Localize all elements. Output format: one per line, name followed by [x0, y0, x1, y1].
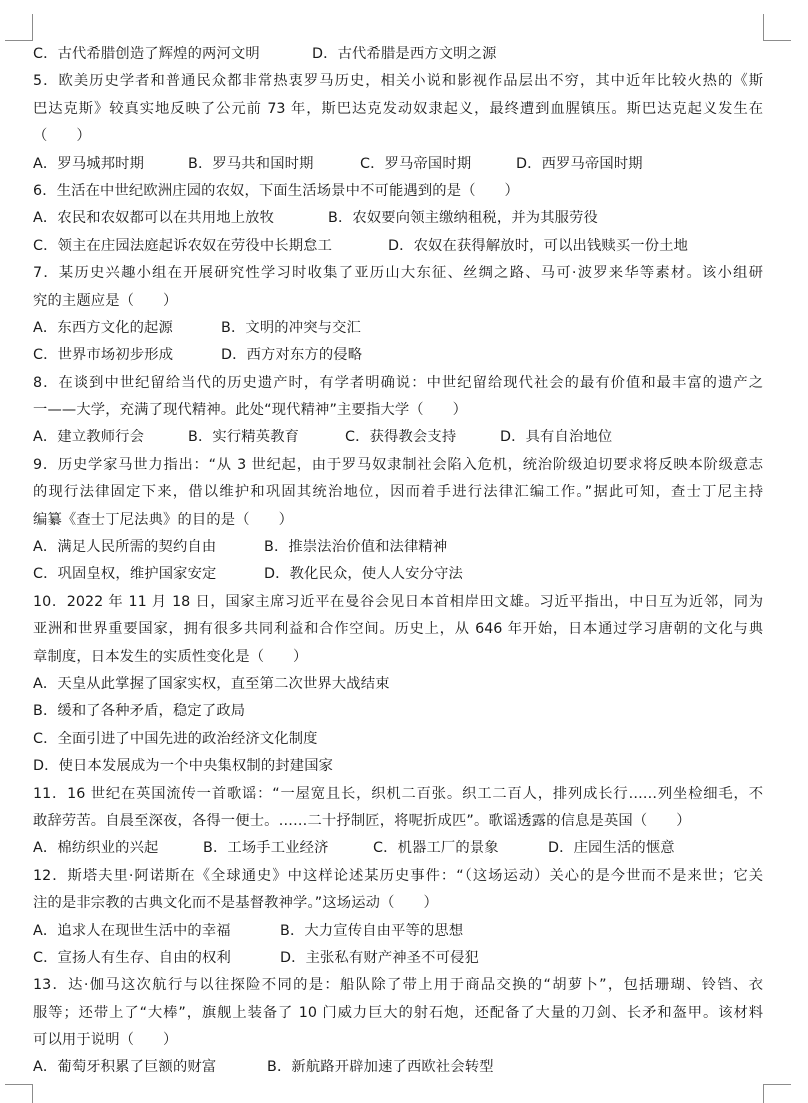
options-row: A．建立教师行会B．实行精英教育C．获得教会支持D．具有自治地位	[33, 424, 763, 451]
question-stem-line: 7．某历史兴趣小组在开展研究性学习时收集了亚历山大东征、丝绸之路、马可·波罗来华…	[33, 260, 763, 287]
previous-question-options-row: C．古代希腊创造了辉煌的两河文明 D．古代希腊是西方文明之源	[33, 41, 763, 68]
question-stem-line: 12．斯塔夫里·阿诺斯在《全球通史》中这样论述某历史事件：“（这场运动）关心的是…	[33, 863, 763, 890]
question-stem-line: 的现行法律固定下来，借以维护和巩固其统治地位，因而着手进行法律汇编工作。”据此可…	[33, 479, 763, 506]
option-a: A．东西方文化的起源	[33, 315, 173, 342]
question-stem-line: 巴达克斯》较真实地反映了公元前 73 年，斯巴达克发动奴隶起义，最终遭到血腥镇压…	[33, 96, 763, 123]
option-b: B．新航路开辟加速了西欧社会转型	[267, 1054, 494, 1081]
option-c: C．罗马帝国时期	[360, 151, 471, 178]
options-row: B．缓和了各种矛盾，稳定了政局	[33, 698, 763, 725]
question-stem-line: 可以用于说明（ ）	[33, 1027, 763, 1054]
option-a: A．棉纺织业的兴起	[33, 835, 159, 862]
question-stem-line: 8．在谈到中世纪留给当代的历史遗产时，有学者明确说：中世纪留给现代社会的最有价值…	[33, 370, 763, 397]
crop-mark-top-left	[5, 14, 33, 41]
question-stem-line: 5．欧美历史学者和普通民众都非常热衷罗马历史，相关小说和影视作品层出不穷，其中近…	[33, 68, 763, 95]
options-row: A．满足人民所需的契约自由B．推崇法治价值和法律精神	[33, 534, 763, 561]
option-a: A．葡萄牙积累了巨额的财富	[33, 1054, 216, 1081]
option-d: D．主张私有财产神圣不可侵犯	[280, 945, 479, 972]
options-row: D．使日本发展成为一个中央集权制的封建国家	[33, 753, 763, 780]
option-a: A．罗马城邦时期	[33, 151, 144, 178]
options-row: A．罗马城邦时期B．罗马共和国时期C．罗马帝国时期D．西罗马帝国时期	[33, 151, 763, 178]
question-list: 5．欧美历史学者和普通民众都非常热衷罗马历史，相关小说和影视作品层出不穷，其中近…	[33, 68, 763, 1081]
option-d: D．古代希腊是西方文明之源	[312, 41, 497, 68]
question-9: 9．历史学家马世力指出：“从 3 世纪起，由于罗马奴隶制社会陷入危机，统治阶级迫…	[33, 452, 763, 589]
options-row: A．东西方文化的起源B．文明的冲突与交汇	[33, 315, 763, 342]
option-d: D．西罗马帝国时期	[516, 151, 643, 178]
option-a: A．满足人民所需的契约自由	[33, 534, 216, 561]
options-row: C．巩固皇权，维护国家安定D．教化民众，使人人安分守法	[33, 561, 763, 588]
crop-mark-top-right	[763, 14, 791, 41]
option-a: A．农民和农奴都可以在共用地上放牧	[33, 205, 274, 232]
question-stem-line: （ ）	[33, 123, 763, 150]
option-d: D．教化民众，使人人安分守法	[264, 561, 463, 588]
option-b: B．实行精英教育	[188, 424, 299, 451]
options-row: C．领主在庄园法庭起诉农奴在劳役中长期怠工D．农奴在获得解放时，可以出钱赎买一份…	[33, 233, 763, 260]
options-row: A．追求人在现世生活中的幸福B．大力宣传自由平等的思想	[33, 918, 763, 945]
option-a: A．建立教师行会	[33, 424, 144, 451]
question-5: 5．欧美历史学者和普通民众都非常热衷罗马历史，相关小说和影视作品层出不穷，其中近…	[33, 68, 763, 178]
question-stem-line: 一——大学，充满了现代精神。此处“现代精神”主要指大学（ ）	[33, 397, 763, 424]
option-d: D．西方对东方的侵略	[221, 342, 362, 369]
option-d: D．使日本发展成为一个中央集权制的封建国家	[33, 753, 333, 780]
option-c: C．巩固皇权，维护国家安定	[33, 561, 217, 588]
option-c: C．古代希腊创造了辉煌的两河文明	[33, 41, 260, 68]
option-c: C．全面引进了中国先进的政治经济文化制度	[33, 726, 318, 753]
question-stem-line: 11．16 世纪在英国流传一首歌谣：“一屋宽且长，织机二百张。织工二百人，排列成…	[33, 781, 763, 808]
options-row: A．天皇从此掌握了国家实权，直至第二次世界大战结束	[33, 671, 763, 698]
question-10: 10．2022 年 11 月 18 日，国家主席习近平在曼谷会见日本首相岸田文雄…	[33, 589, 763, 781]
question-stem-line: 注的是非宗教的古典文化而不是基督教神学。”这场运动（ ）	[33, 890, 763, 917]
option-b: B．文明的冲突与交汇	[221, 315, 361, 342]
question-6: 6．生活在中世纪欧洲庄园的农奴，下面生活场景中不可能遇到的是（ ）A．农民和农奴…	[33, 178, 763, 260]
question-stem-line: 敢辞劳苦。自晨至深夜，各得一便士。……二十抒制匠，将呢折成匹”。歌谣透露的信息是…	[33, 808, 763, 835]
options-row: A．葡萄牙积累了巨额的财富B．新航路开辟加速了西欧社会转型	[33, 1054, 763, 1081]
options-row: C．全面引进了中国先进的政治经济文化制度	[33, 726, 763, 753]
option-b: B．农奴要向领主缴纳租税，并为其服劳役	[328, 205, 598, 232]
options-row: A．农民和农奴都可以在共用地上放牧B．农奴要向领主缴纳租税，并为其服劳役	[33, 205, 763, 232]
option-a: A．追求人在现世生活中的幸福	[33, 918, 231, 945]
crop-mark-bottom-right	[763, 1084, 791, 1103]
option-b: B．大力宣传自由平等的思想	[280, 918, 463, 945]
question-stem-line: 编纂《查士丁尼法典》的目的是（ ）	[33, 507, 763, 534]
options-row: C．世界市场初步形成D．西方对东方的侵略	[33, 342, 763, 369]
option-c: C．获得教会支持	[345, 424, 456, 451]
question-stem-line: 9．历史学家马世力指出：“从 3 世纪起，由于罗马奴隶制社会陷入危机，统治阶级迫…	[33, 452, 763, 479]
question-stem-line: 6．生活在中世纪欧洲庄园的农奴，下面生活场景中不可能遇到的是（ ）	[33, 178, 763, 205]
crop-mark-bottom-left	[5, 1084, 33, 1103]
question-12: 12．斯塔夫里·阿诺斯在《全球通史》中这样论述某历史事件：“（这场运动）关心的是…	[33, 863, 763, 973]
option-c: C．领主在庄园法庭起诉农奴在劳役中长期怠工	[33, 233, 332, 260]
options-row: A．棉纺织业的兴起B．工场手工业经济C．机器工厂的景象D．庄园生活的惬意	[33, 835, 763, 862]
question-stem-line: 章制度，日本发生的实质性变化是（ ）	[33, 644, 763, 671]
option-c: C．宣扬人有生存、自由的权利	[33, 945, 231, 972]
question-stem-line: 亚洲和世界重要国家，拥有很多共同利益和合作空间。历史上，从 646 年开始，日本…	[33, 616, 763, 643]
option-b: B．工场手工业经济	[203, 835, 329, 862]
question-13: 13．达·伽马这次航行与以往探险不同的是：船队除了带上用于商品交换的“胡萝卜”，…	[33, 972, 763, 1082]
question-stem-line: 服等；还带上了“大棒”，旗舰上装备了 10 门威力巨大的射石炮，还配备了大量的刀…	[33, 1000, 763, 1027]
option-b: B．罗马共和国时期	[188, 151, 314, 178]
option-b: B．推崇法治价值和法律精神	[264, 534, 447, 561]
question-7: 7．某历史兴趣小组在开展研究性学习时收集了亚历山大东征、丝绸之路、马可·波罗来华…	[33, 260, 763, 370]
option-d: D．农奴在获得解放时，可以出钱赎买一份土地	[388, 233, 688, 260]
option-c: C．世界市场初步形成	[33, 342, 173, 369]
exam-page: C．古代希腊创造了辉煌的两河文明 D．古代希腊是西方文明之源 5．欧美历史学者和…	[33, 41, 763, 1082]
question-11: 11．16 世纪在英国流传一首歌谣：“一屋宽且长，织机二百张。织工二百人，排列成…	[33, 781, 763, 863]
option-a: A．天皇从此掌握了国家实权，直至第二次世界大战结束	[33, 671, 390, 698]
question-stem-line: 13．达·伽马这次航行与以往探险不同的是：船队除了带上用于商品交换的“胡萝卜”，…	[33, 972, 763, 999]
question-stem-line: 究的主题应是（ ）	[33, 288, 763, 315]
option-b: B．缓和了各种矛盾，稳定了政局	[33, 698, 245, 725]
question-8: 8．在谈到中世纪留给当代的历史遗产时，有学者明确说：中世纪留给现代社会的最有价值…	[33, 370, 763, 452]
option-d: D．具有自治地位	[500, 424, 612, 451]
option-c: C．机器工厂的景象	[373, 835, 499, 862]
option-d: D．庄园生活的惬意	[548, 835, 675, 862]
question-stem-line: 10．2022 年 11 月 18 日，国家主席习近平在曼谷会见日本首相岸田文雄…	[33, 589, 763, 616]
options-row: C．宣扬人有生存、自由的权利D．主张私有财产神圣不可侵犯	[33, 945, 763, 972]
